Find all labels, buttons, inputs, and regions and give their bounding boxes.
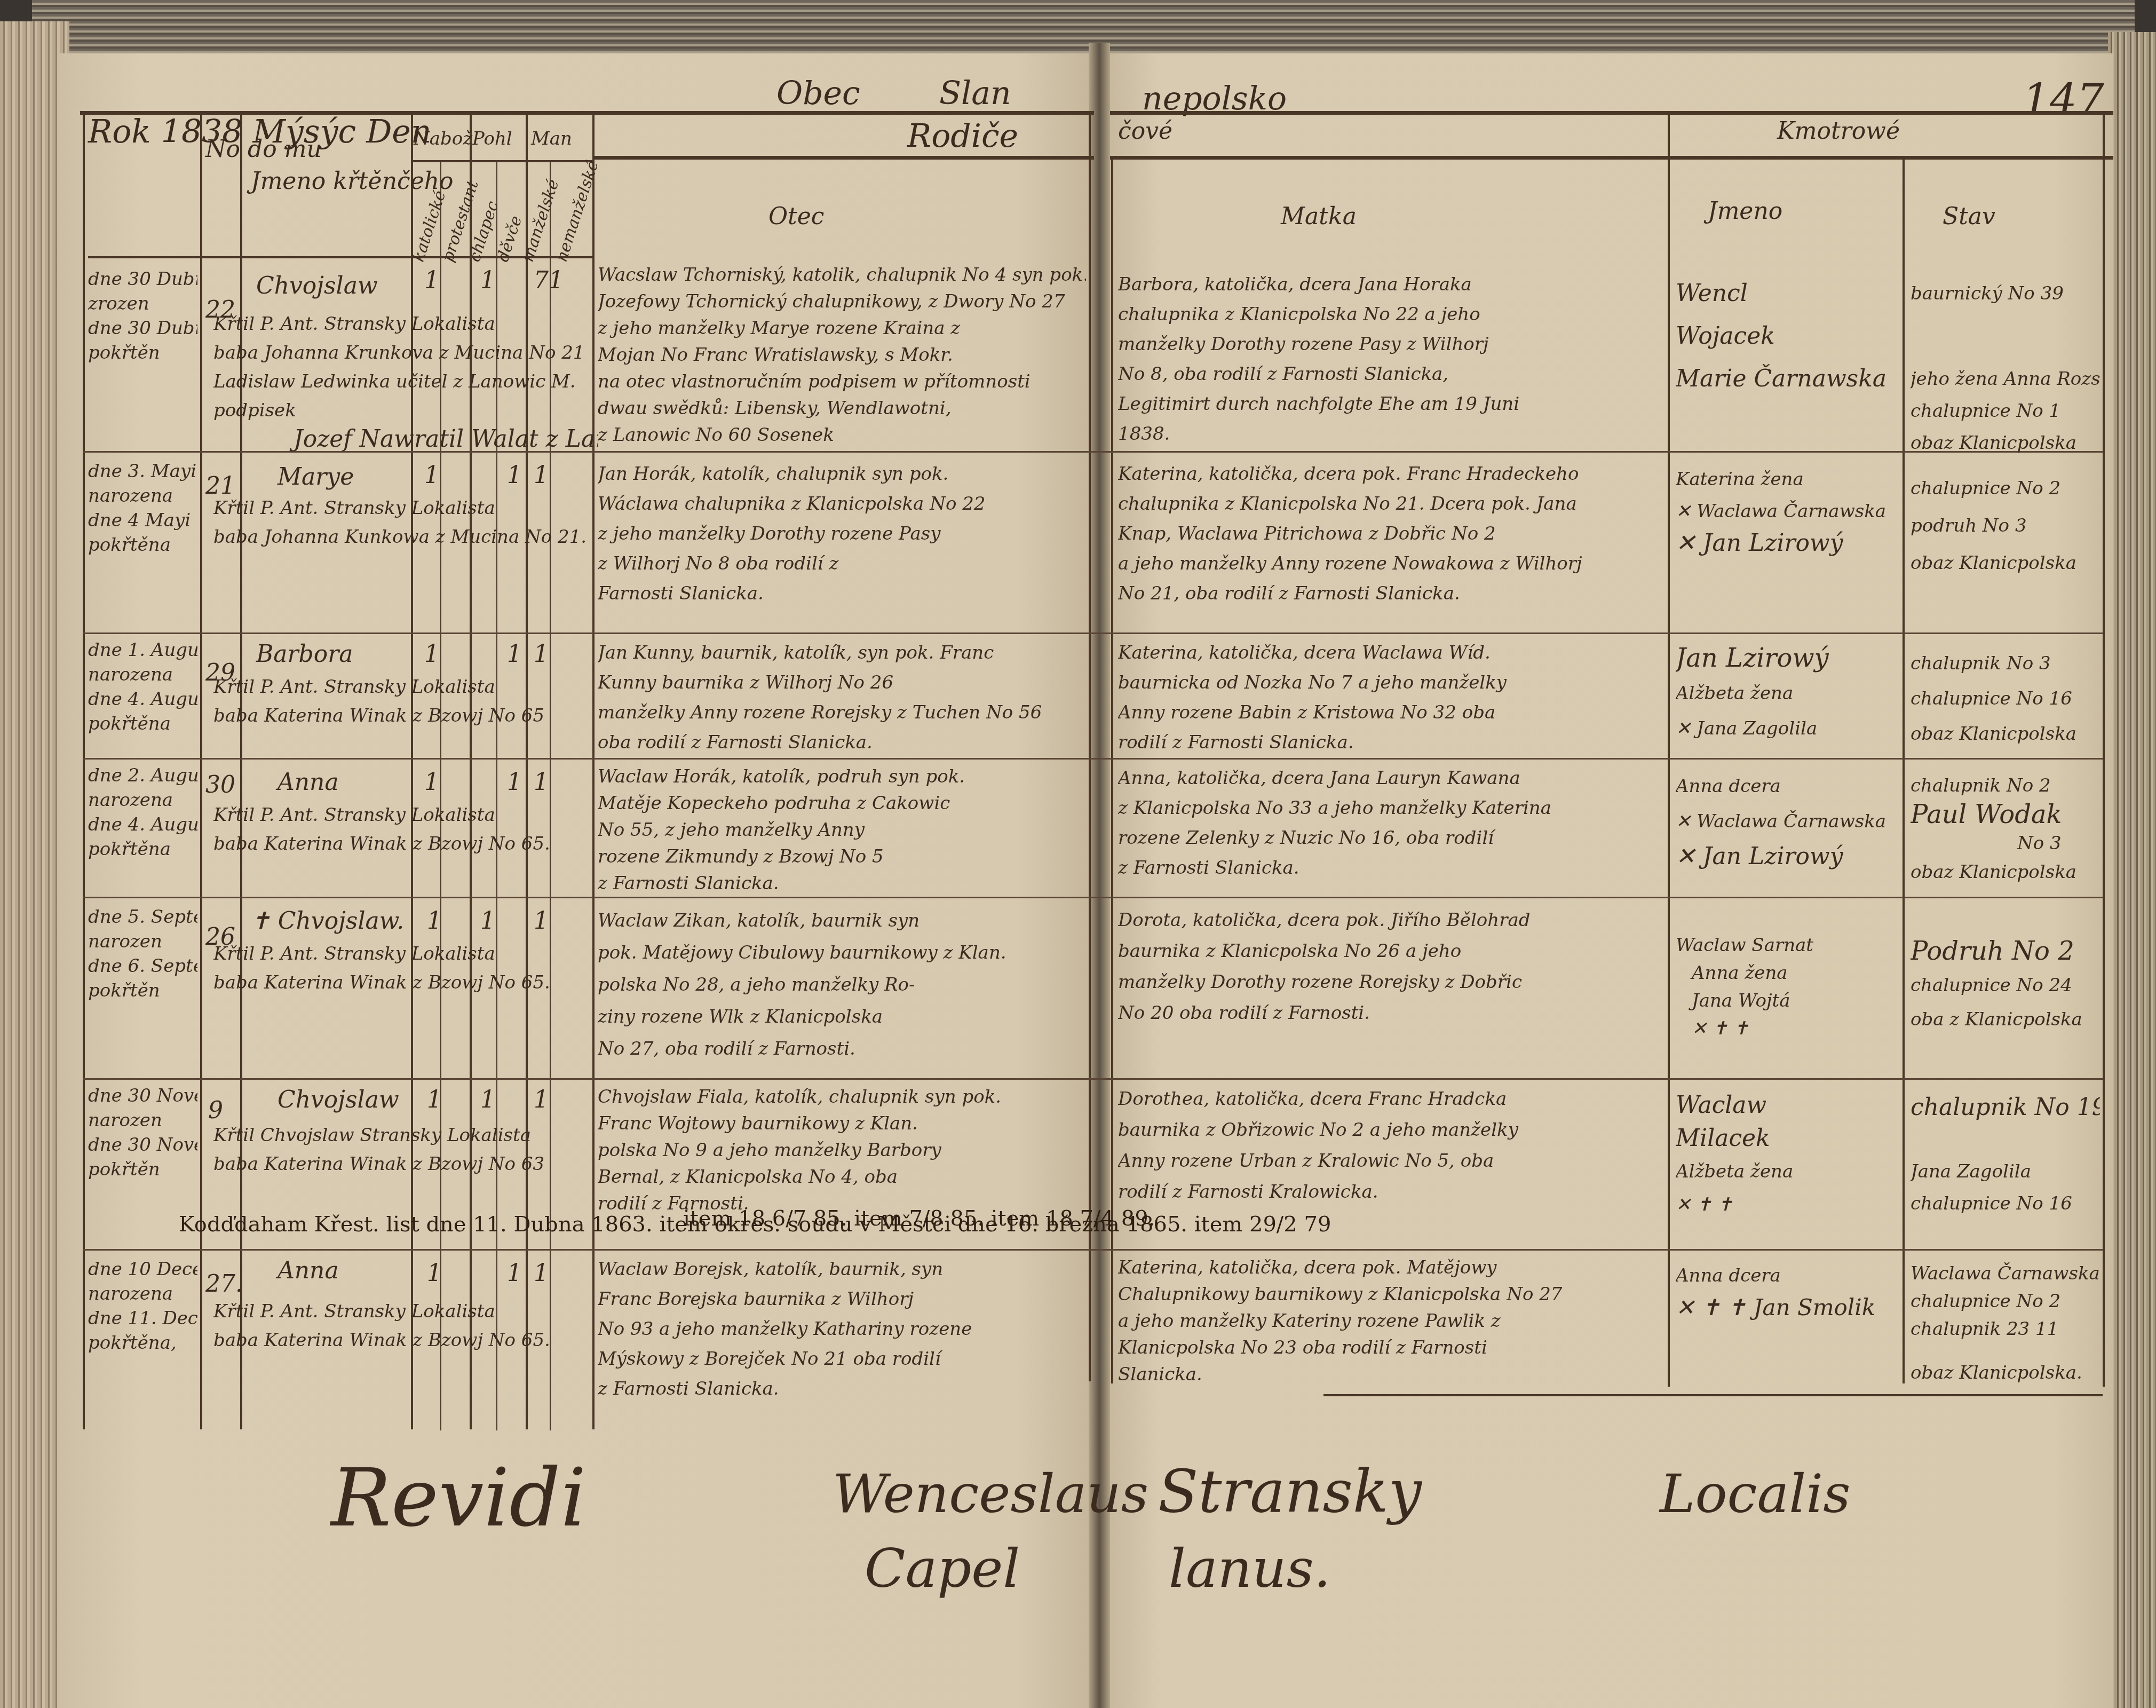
sponsor-names: Katerina žena✕ Waclawa Čarnawska✕ Jan Lz… <box>1676 463 1900 559</box>
legitimate: 1 <box>534 769 549 796</box>
sponsor-names: Waclaw SarnatAnna ženaJana Wojtá✕ ✝ ✝ <box>1676 931 1900 1042</box>
record-number: 30 <box>205 771 235 798</box>
child-name: Chvojslaw <box>278 1086 399 1113</box>
later-annotation-items: item 18 6/7 85. item 7/8 85. item 18 7/4… <box>683 1206 1155 1231</box>
sponsor-status: chalupnik No 2Paul WodakNo 3obaz Klanicp… <box>1911 771 2100 887</box>
page-number: 147 <box>2023 75 2104 124</box>
father-entry: Jan Kunny, baurnik, katolík, syn pok. Fr… <box>598 638 1086 757</box>
row-separator <box>83 1249 2103 1251</box>
col-border <box>2103 111 2105 1387</box>
record-date: dne 30 Novemb.narozendne 30 Novemb.pokřt… <box>88 1084 197 1182</box>
row-separator <box>83 897 2103 898</box>
row-separator <box>83 632 2103 634</box>
mother-entry: Barbora, katolička, dcera Jana Horakacha… <box>1118 270 1662 449</box>
child-name: Chvojslaw <box>256 272 378 299</box>
legitimate: 1 <box>534 1260 549 1287</box>
signature-revidi: Revidi <box>331 1452 586 1545</box>
priest-midwife: Křtil P. Ant. Stransky Lokalistababa Kat… <box>213 801 598 858</box>
legitimate: 1 <box>534 907 549 935</box>
sponsor-names: WaclawMilacekAlžbeta žena✕ ✝ ✝ <box>1676 1089 1900 1221</box>
priest-midwife: Křtil P. Ant. Stransky Lokalistababa Kat… <box>213 673 598 730</box>
child-name: Anna <box>278 1257 339 1284</box>
priest-midwife: Křtil P. Ant. Stransky Lokalistababa Joh… <box>213 310 598 454</box>
signature-stransky: Stransky <box>1158 1457 1422 1525</box>
child-name: Anna <box>278 769 339 796</box>
sponsor-status: Waclawa Čarnawskachalupnice No 2chalupni… <box>1911 1260 2100 1387</box>
obec-label: Obec <box>776 75 860 112</box>
col-border <box>1668 111 1670 1387</box>
priest-midwife: Křtil P. Ant. Stransky Lokalistababa Joh… <box>213 494 598 551</box>
legitimate: 1 <box>534 462 549 489</box>
right-header-rule <box>1110 156 2113 160</box>
signature-capel: Capel <box>865 1537 1020 1600</box>
record-date: dne 1. Augustinarozenadne 4. Augustipokř… <box>88 638 197 736</box>
record-date: dne 3. Mayinarozenadne 4 Mayipokřtěna <box>88 459 197 557</box>
table-top-rule-right <box>1110 111 2113 115</box>
sex-male: 1 <box>480 907 495 935</box>
legitimate: 1 <box>534 1086 549 1113</box>
sponsors-header: Kmotrowé <box>1777 117 1900 145</box>
child-name: Barbora <box>256 640 353 668</box>
open-register-book: Obec Slan nepolsko 147 Rok 1838 Mýsýc De… <box>0 0 2156 1708</box>
signature-localis: Localis <box>1660 1462 1851 1525</box>
mother-entry: Dorota, katolička, dcera pok. Jiřího Běl… <box>1118 905 1662 1029</box>
priest-midwife: Křtil P. Ant. Stransky Lokalistababa Kat… <box>213 939 598 997</box>
col-border <box>1903 156 1905 1383</box>
sex-female: 1 <box>507 462 522 489</box>
sponsor-status-header: Stav <box>1943 203 1995 230</box>
mother-entry: Katerina, katolička, dcera pok. Franc Hr… <box>1118 459 1662 608</box>
row-separator <box>83 758 2103 760</box>
father-entry: Waclaw Borejsk, katolík, baurnik, synFra… <box>598 1254 1086 1404</box>
sponsor-names: Anna dcera✕ Waclawa Čarnawska✕ Jan Lziro… <box>1676 769 1900 874</box>
religion-catholic: 1 <box>424 462 439 489</box>
sponsor-names: Jan LzirowýAlžbeta žena✕ Jana Zagolila <box>1676 640 1900 746</box>
mother-entry: Katerina, katolička, dcera Waclawa Wíd.b… <box>1118 638 1662 757</box>
header-bottom-rule <box>88 256 592 258</box>
child-name-header: Jmeno křtěnčeho <box>251 160 454 203</box>
book-right-page-edges <box>2108 32 2156 1708</box>
religion-catholic: 1 <box>424 267 439 294</box>
record-date: dne 2. Augustinarozenadne 4. Augustipokř… <box>88 763 197 861</box>
rodice-header-rule <box>592 156 1094 160</box>
mother-entry: Katerina, katolička, dcera pok. Matějowy… <box>1118 1254 1662 1388</box>
mother-entry: Dorothea, katolička, dcera Franc Hradcka… <box>1118 1084 1662 1207</box>
record-number: 9 <box>208 1097 223 1124</box>
religion-catholic: 1 <box>424 640 439 668</box>
father-entry: Chvojslaw Fiala, katolík, chalupnik syn … <box>598 1084 1086 1217</box>
religion-catholic: 1 <box>427 1260 442 1287</box>
record-date: dne 30 Dubnazrozendne 30 Dubnapokřtěn <box>88 267 197 365</box>
mother-entry: Anna, katolička, dcera Jana Lauryn Kawan… <box>1118 763 1662 883</box>
priest-midwife: Křtil P. Ant. Stransky Lokalistababa Kat… <box>213 1297 598 1355</box>
sponsor-status: chalupnik No 3chalupnice No 16obaz Klani… <box>1911 646 2100 752</box>
book-gutter <box>1089 43 1110 1708</box>
religion-header: Nabož <box>414 128 472 149</box>
child-name: ✝ Chvojslaw. <box>251 907 404 935</box>
col-border <box>1089 111 1091 1381</box>
col-border <box>1111 156 1113 1383</box>
legitimacy-header: Man <box>531 128 572 149</box>
sponsor-name-header: Jmeno <box>1708 197 1782 225</box>
sponsor-names: Anna dcera✕ ✝ ✝ Jan Smolik <box>1676 1260 1900 1324</box>
father-entry: Jan Horák, katolík, chalupnik syn pok.Wá… <box>598 459 1086 608</box>
sex-female: 1 <box>507 640 522 668</box>
father-entry: Wacslaw Tchorniský, katolik, chalupnik N… <box>598 262 1086 448</box>
col-border <box>83 111 85 1429</box>
father-header: Otec <box>768 203 824 230</box>
table-end-rule <box>1323 1394 2103 1396</box>
sponsor-status: chalupnice No 2podruh No 3obaz Klanicpol… <box>1911 470 2100 582</box>
parents-header-cont: čové <box>1118 117 1172 145</box>
religion-catholic: 1 <box>427 907 442 935</box>
record-date: dne 5. Septemb.narozendne 6. Septemb.pok… <box>88 905 197 1003</box>
sponsor-status: Podruh No 2chalupnice No 24oba z Klanicp… <box>1911 934 2100 1037</box>
sex-header: Pohl <box>472 128 512 149</box>
record-number: 27. <box>205 1270 243 1298</box>
sponsor-status: baurnický No 39jeho žena Anna Rozsachalu… <box>1911 278 2100 459</box>
father-entry: Waclaw Horák, katolík, podruh syn pok.Ma… <box>598 763 1086 897</box>
legitimate: 1 <box>534 640 549 668</box>
sex-female: 1 <box>507 1260 522 1287</box>
row-separator <box>83 1078 2103 1080</box>
sex-female: 1 <box>507 769 522 796</box>
sex-male: 1 <box>480 1086 495 1113</box>
obec-value: Slan <box>939 75 1011 112</box>
priest-midwife: Křtil Chvojslaw Stransky Lokalistababa K… <box>213 1121 598 1179</box>
record-date: dne 10 Decemb.narozenadne 11. Decembr.po… <box>88 1257 197 1355</box>
signature-lanus: lanus. <box>1169 1537 1331 1600</box>
sponsor-names: WenclWojacekMarie Čarnawska <box>1676 272 1900 400</box>
child-name: Marye <box>278 463 354 491</box>
sponsor-status: chalupnik No 19Jana Zagolilachalupnice N… <box>1911 1092 2100 1220</box>
religion-catholic: 1 <box>424 769 439 796</box>
father-entry: Waclaw Zikan, katolík, baurnik synpok. M… <box>598 905 1086 1065</box>
book-top-edge <box>32 0 2135 59</box>
sex-male: 1 <box>480 267 495 294</box>
religion-catholic: 1 <box>427 1086 442 1113</box>
legitimate: 71 <box>534 267 564 294</box>
mother-header: Matka <box>1281 203 1357 230</box>
signature-wenceslaus: Wenceslaus <box>833 1462 1148 1525</box>
parents-header: Rodiče <box>907 117 1018 155</box>
